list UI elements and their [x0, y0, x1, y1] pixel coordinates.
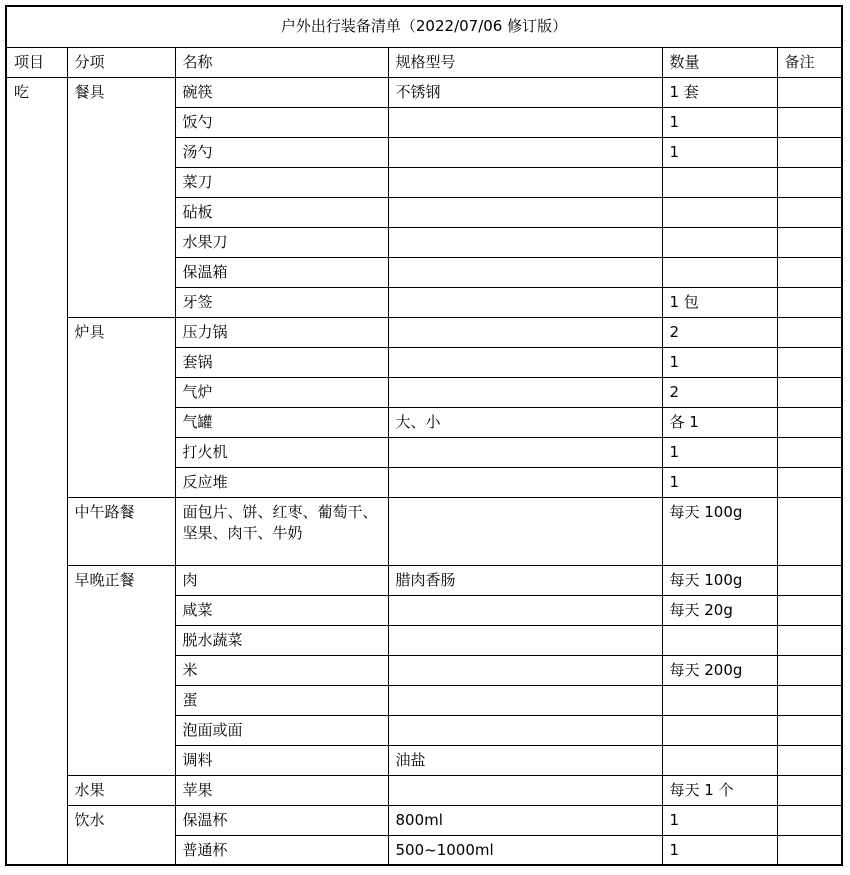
item-spec-cell — [388, 715, 662, 745]
equipment-checklist-table: 户外出行装备清单（2022/07/06 修订版） 项目 分项 名称 规格型号 数… — [5, 5, 843, 866]
item-note-cell — [777, 317, 842, 347]
item-spec-cell — [388, 197, 662, 227]
item-qty-cell — [662, 227, 777, 257]
item-qty-cell — [662, 625, 777, 655]
item-spec-cell — [388, 497, 662, 565]
item-note-cell — [777, 257, 842, 287]
item-name-cell: 保温箱 — [175, 257, 388, 287]
item-spec-cell — [388, 167, 662, 197]
item-qty-cell: 1 — [662, 835, 777, 865]
item-name-cell: 调料 — [175, 745, 388, 775]
item-qty-cell: 2 — [662, 377, 777, 407]
item-spec-cell — [388, 377, 662, 407]
item-name-cell: 气罐 — [175, 407, 388, 437]
item-spec-cell: 大、小 — [388, 407, 662, 437]
item-note-cell — [777, 77, 842, 107]
item-spec-cell — [388, 467, 662, 497]
table-row: 炉具 压力锅 2 — [6, 317, 842, 347]
item-note-cell — [777, 377, 842, 407]
item-spec-cell — [388, 775, 662, 805]
item-spec-cell — [388, 107, 662, 137]
item-note-cell — [777, 407, 842, 437]
item-name-cell: 汤勺 — [175, 137, 388, 167]
item-qty-cell: 每天 100g — [662, 497, 777, 565]
item-name-cell: 水果刀 — [175, 227, 388, 257]
item-name-cell: 砧板 — [175, 197, 388, 227]
item-name-cell: 苹果 — [175, 775, 388, 805]
item-qty-cell: 每天 100g — [662, 565, 777, 595]
item-qty-cell: 1 — [662, 107, 777, 137]
item-name-cell: 反应堆 — [175, 467, 388, 497]
item-name-cell: 脱水蔬菜 — [175, 625, 388, 655]
item-qty-cell: 1 — [662, 467, 777, 497]
item-qty-cell: 每天 20g — [662, 595, 777, 625]
item-spec-cell: 腊肉香肠 — [388, 565, 662, 595]
item-note-cell — [777, 107, 842, 137]
item-note-cell — [777, 835, 842, 865]
item-note-cell — [777, 805, 842, 835]
section-label-cell: 炉具 — [67, 317, 175, 497]
item-spec-cell — [388, 655, 662, 685]
item-qty-cell — [662, 685, 777, 715]
item-qty-cell — [662, 745, 777, 775]
item-qty-cell: 1 套 — [662, 77, 777, 107]
item-note-cell — [777, 197, 842, 227]
item-spec-cell: 500~1000ml — [388, 835, 662, 865]
item-qty-cell: 1 — [662, 437, 777, 467]
item-spec-cell — [388, 685, 662, 715]
item-note-cell — [777, 685, 842, 715]
item-note-cell — [777, 595, 842, 625]
item-spec-cell: 800ml — [388, 805, 662, 835]
item-spec-cell — [388, 137, 662, 167]
col-header-subitem: 分项 — [67, 47, 175, 77]
item-qty-cell: 每天 1 个 — [662, 775, 777, 805]
item-qty-cell: 1 — [662, 137, 777, 167]
item-spec-cell — [388, 317, 662, 347]
table-title: 户外出行装备清单（2022/07/06 修订版） — [6, 6, 842, 47]
item-qty-cell: 各 1 — [662, 407, 777, 437]
item-note-cell — [777, 467, 842, 497]
item-qty-cell — [662, 257, 777, 287]
item-name-cell: 面包片、饼、红枣、葡萄干、坚果、肉干、牛奶 — [175, 497, 388, 565]
section-label-cell: 餐具 — [67, 77, 175, 317]
item-qty-cell: 1 — [662, 805, 777, 835]
item-spec-cell — [388, 595, 662, 625]
document-page: 户外出行装备清单（2022/07/06 修订版） 项目 分项 名称 规格型号 数… — [0, 0, 850, 875]
item-qty-cell: 2 — [662, 317, 777, 347]
item-spec-cell — [388, 347, 662, 377]
item-qty-cell — [662, 197, 777, 227]
item-name-cell: 肉 — [175, 565, 388, 595]
item-name-cell: 保温杯 — [175, 805, 388, 835]
table-header-row: 项目 分项 名称 规格型号 数量 备注 — [6, 47, 842, 77]
item-name-cell: 打火机 — [175, 437, 388, 467]
item-name-cell: 饭勺 — [175, 107, 388, 137]
table-row: 中午路餐 面包片、饼、红枣、葡萄干、坚果、肉干、牛奶 每天 100g — [6, 497, 842, 565]
item-name-cell: 牙签 — [175, 287, 388, 317]
item-name-cell: 米 — [175, 655, 388, 685]
item-qty-cell: 1 — [662, 347, 777, 377]
item-name-cell: 套锅 — [175, 347, 388, 377]
table-row: 早晚正餐 肉 腊肉香肠 每天 100g — [6, 565, 842, 595]
item-note-cell — [777, 497, 842, 565]
table-title-row: 户外出行装备清单（2022/07/06 修订版） — [6, 6, 842, 47]
col-header-item: 项目 — [6, 47, 67, 77]
item-spec-cell: 不锈钢 — [388, 77, 662, 107]
section-label-cell: 饮水 — [67, 805, 175, 865]
item-spec-cell: 油盐 — [388, 745, 662, 775]
item-spec-cell — [388, 437, 662, 467]
col-header-qty: 数量 — [662, 47, 777, 77]
item-qty-cell — [662, 715, 777, 745]
item-name-cell: 泡面或面 — [175, 715, 388, 745]
item-note-cell — [777, 347, 842, 377]
item-spec-cell — [388, 287, 662, 317]
item-name-cell: 气炉 — [175, 377, 388, 407]
item-spec-cell — [388, 257, 662, 287]
item-qty-cell: 每天 200g — [662, 655, 777, 685]
table-row: 饮水 保温杯 800ml 1 — [6, 805, 842, 835]
item-note-cell — [777, 625, 842, 655]
item-spec-cell — [388, 625, 662, 655]
item-note-cell — [777, 655, 842, 685]
item-name-cell: 普通杯 — [175, 835, 388, 865]
item-name-cell: 压力锅 — [175, 317, 388, 347]
item-note-cell — [777, 715, 842, 745]
item-name-cell: 菜刀 — [175, 167, 388, 197]
col-header-spec: 规格型号 — [388, 47, 662, 77]
item-spec-cell — [388, 227, 662, 257]
category-cell: 吃 — [6, 77, 67, 865]
section-label-cell: 中午路餐 — [67, 497, 175, 565]
table-row: 水果 苹果 每天 1 个 — [6, 775, 842, 805]
item-note-cell — [777, 227, 842, 257]
col-header-note: 备注 — [777, 47, 842, 77]
table-row: 吃 餐具 碗筷 不锈钢 1 套 — [6, 77, 842, 107]
item-name-cell: 蛋 — [175, 685, 388, 715]
col-header-name: 名称 — [175, 47, 388, 77]
item-name-cell: 咸菜 — [175, 595, 388, 625]
item-name-cell: 碗筷 — [175, 77, 388, 107]
item-note-cell — [777, 565, 842, 595]
section-label-cell: 早晚正餐 — [67, 565, 175, 775]
item-qty-cell — [662, 167, 777, 197]
item-note-cell — [777, 167, 842, 197]
item-note-cell — [777, 137, 842, 167]
item-qty-cell: 1 包 — [662, 287, 777, 317]
item-note-cell — [777, 745, 842, 775]
item-note-cell — [777, 437, 842, 467]
section-label-cell: 水果 — [67, 775, 175, 805]
item-note-cell — [777, 287, 842, 317]
item-note-cell — [777, 775, 842, 805]
